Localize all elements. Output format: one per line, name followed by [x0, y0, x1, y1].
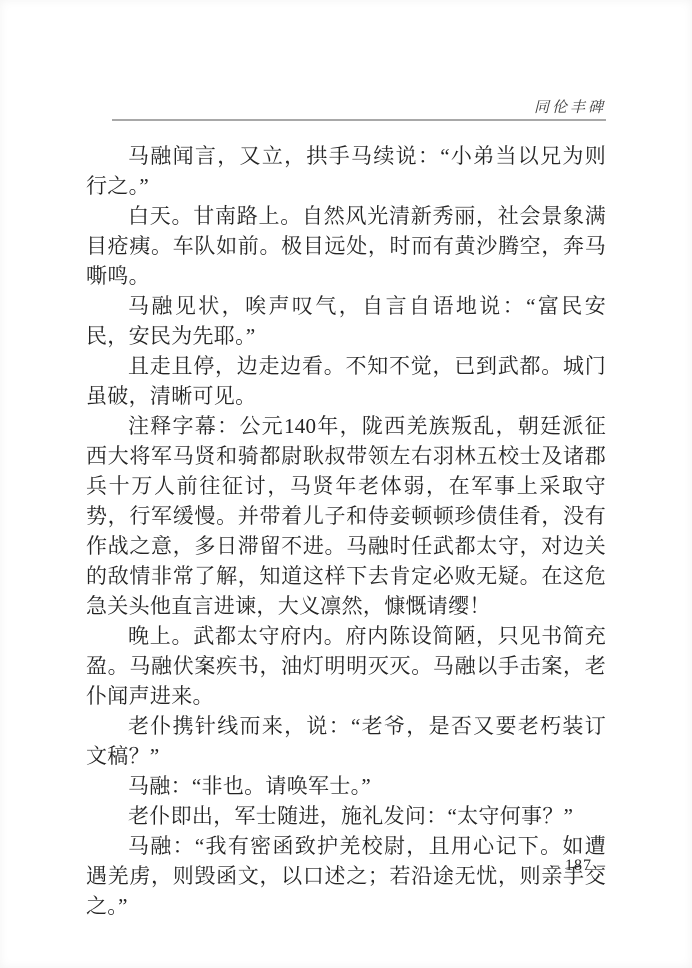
- paragraph-dialogue-servant: 老仆携针线而来，说：“老爷，是否又要老朽装订文稿？”: [86, 711, 606, 771]
- paragraph-scene-night-office: 晚上。武都太守府内。府内陈设简陋，只见书简充盈。马融伏案疾书，油灯明明灭灭。马融…: [86, 621, 606, 711]
- paragraph-caption-notes: 注释字幕：公元140年，陇西羌族叛乱，朝廷派征西大将军马贤和骑都尉耿叔带领左右羽…: [86, 411, 606, 621]
- page-header: 同伦丰碑: [86, 99, 606, 121]
- paragraph-scene-gannan-road: 白天。甘南路上。自然风光清新秀丽，社会景象满目疮痍。车队如前。极目远处，时而有黄…: [86, 201, 606, 291]
- paragraph-dialogue-ma-rong-reply: 马融：“非也。请唤军士。”: [86, 771, 606, 801]
- paragraph-dialogue-soldier: 老仆即出，军士随进，施礼发问：“太守何事？”: [86, 801, 606, 831]
- page-body: 马融闻言，又立，拱手马续说：“小弟当以兄为则行之。” 白天。甘南路上。自然风光清…: [86, 141, 606, 921]
- running-title: 同伦丰碑: [86, 99, 606, 117]
- paragraph-arrive-wudu: 且走且停，边走边看。不知不觉，已到武都。城门虽破，清晰可见。: [86, 351, 606, 411]
- paragraph-dialogue-ma-rong-bow: 马融闻言，又立，拱手马续说：“小弟当以兄为则行之。”: [86, 141, 606, 201]
- page-number: – 187 –: [551, 857, 606, 874]
- paragraph-dialogue-secret-letter: 马融：“我有密函致护羌校尉，且用心记下。如遭遇羌虏，则毁函文，以口述之；若沿途无…: [86, 831, 606, 921]
- header-rule: [112, 119, 606, 121]
- paragraph-dialogue-sigh: 马融见状，唉声叹气，自言自语地说：“富民安民，安民为先耶。”: [86, 291, 606, 351]
- book-page: 同伦丰碑 马融闻言，又立，拱手马续说：“小弟当以兄为则行之。” 白天。甘南路上。…: [0, 0, 692, 968]
- page-footer: – 187 –: [86, 857, 606, 875]
